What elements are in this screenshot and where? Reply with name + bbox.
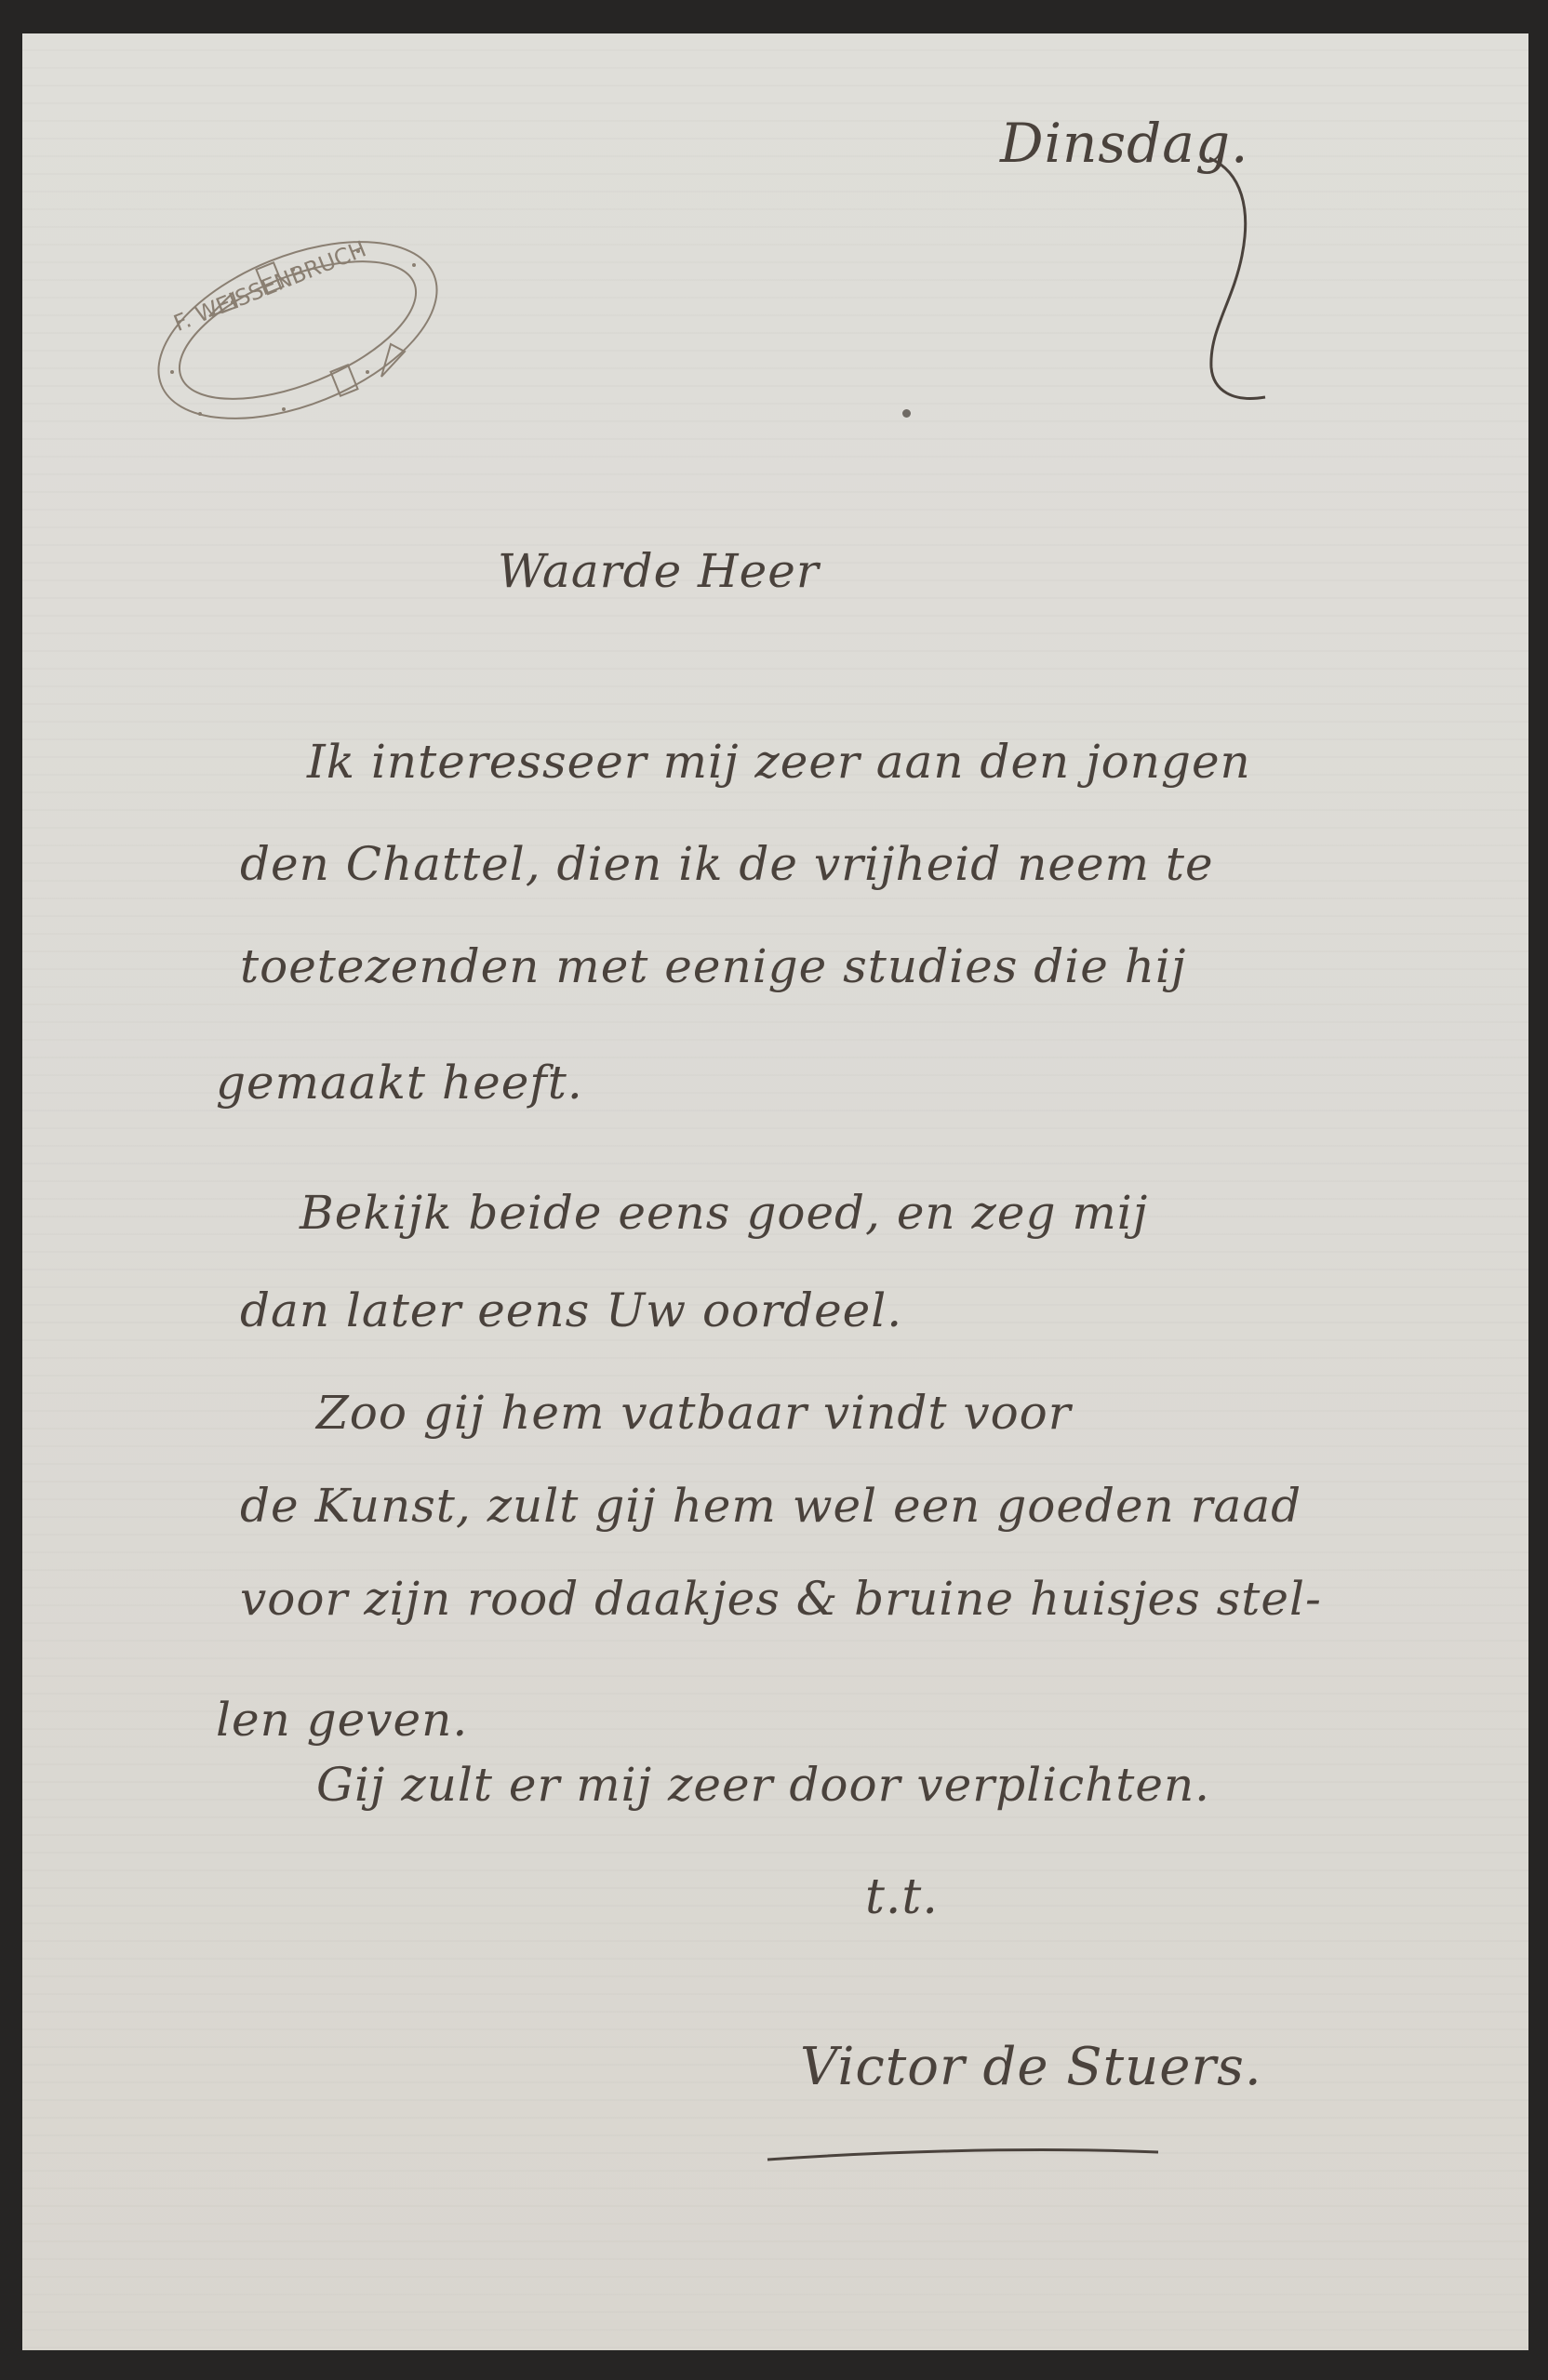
body-line: Gij zult er mij zeer door verplichten. <box>316 1758 1210 1812</box>
body-line: de Kunst, zult gij hem wel een goeden ra… <box>240 1479 1301 1533</box>
ink-speck <box>902 409 911 418</box>
body-line: dan later eens Uw oordeel. <box>240 1283 902 1337</box>
body-line: den Chattel, dien ik de vrijheid neem te <box>240 837 1214 891</box>
closing: t.t. <box>865 1869 939 1925</box>
date-flourish <box>1200 153 1284 405</box>
body-line: gemaakt heeft. <box>216 1056 583 1110</box>
salutation: Waarde Heer <box>498 544 820 598</box>
body-line: Zoo gij hem vatbaar vindt voor <box>316 1386 1072 1440</box>
body-line: toetezenden met eenige studies die hij <box>240 939 1186 993</box>
body-line: len geven. <box>216 1693 468 1747</box>
signature: Victor de Stuers. <box>800 2037 1262 2097</box>
body-line: Bekijk beide eens goed, en zeg mij <box>300 1186 1148 1240</box>
signature-underline <box>763 2139 1163 2167</box>
body-line: voor zijn rood daakjes & bruine huisjes … <box>240 1572 1322 1626</box>
body-line: Ik interesseer mij zeer aan den jongen <box>307 735 1251 789</box>
